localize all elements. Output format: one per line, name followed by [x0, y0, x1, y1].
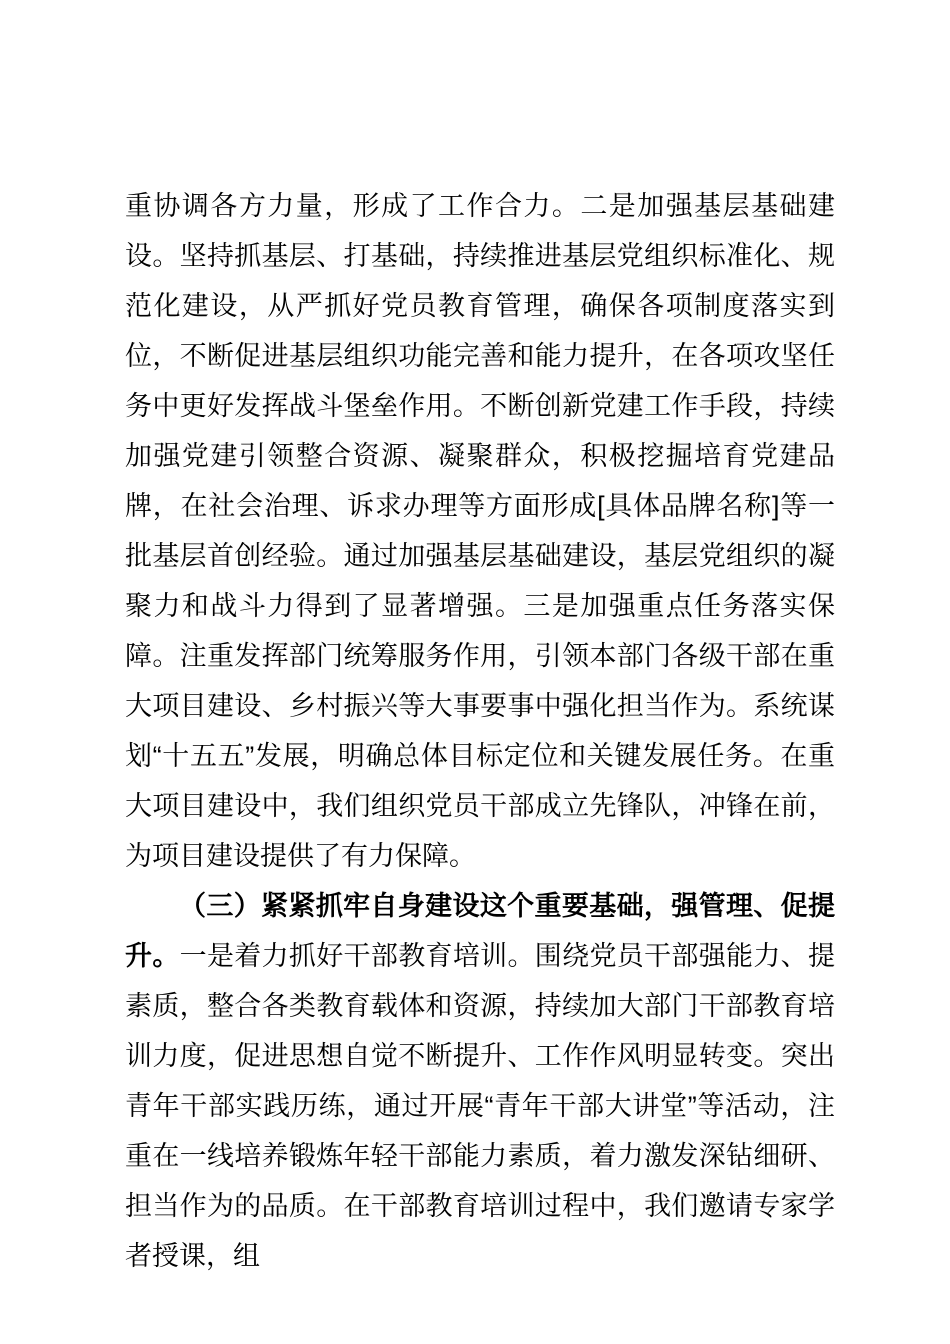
paragraph-section-3: （三）紧紧抓牢自身建设这个重要基础，强管理、促提升。一是着力抓好干部教育培训。围… — [125, 881, 835, 1281]
body-text-run: 重协调各方力量，形成了工作合力。二是加强基层基础建设。坚持抓基层、打基础，持续推… — [125, 191, 835, 871]
paragraph-continuation: 重协调各方力量，形成了工作合力。二是加强基层基础建设。坚持抓基层、打基础，持续推… — [125, 181, 835, 881]
body-text-run: 一是着力抓好干部教育培训。围绕党员干部强能力、提素质，整合各类教育载体和资源，持… — [125, 941, 835, 1271]
document-page: 重协调各方力量，形成了工作合力。二是加强基层基础建设。坚持抓基层、打基础，持续推… — [0, 0, 950, 1344]
